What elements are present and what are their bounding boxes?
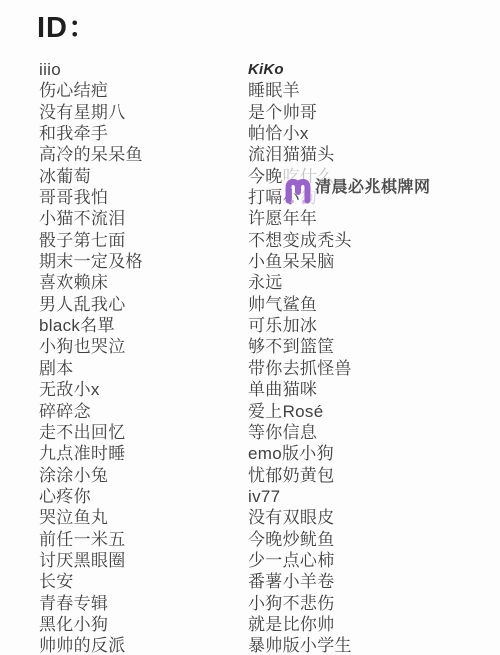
id-list-right-column: KiKo睡眠羊是个帅哥帕恰小x流泪猫猫头今晚吃什么打嗝小狗许愿年年不想变成秃头小… — [248, 59, 352, 655]
id-list-item: 心疼你 — [39, 486, 143, 507]
id-list-item: 是个帅哥 — [248, 102, 352, 123]
watermark: 清晨必兆棋牌网 — [284, 177, 431, 205]
id-list-item: emo版小狗 — [248, 443, 352, 464]
id-list-item: 期末一定及格 — [39, 251, 143, 272]
id-list-item: 帕恰小x — [248, 123, 352, 144]
id-list-item: KiKo — [248, 59, 352, 80]
id-list-item: 单曲猫咪 — [248, 379, 352, 400]
id-list-item: 冰葡萄 — [39, 166, 143, 187]
id-list-item: 小猫不流泪 — [39, 208, 143, 229]
id-list-item: 暴帅版小学生 — [248, 635, 352, 655]
id-list-item: 小狗也哭泣 — [39, 336, 143, 357]
id-text-segment: 今晚 — [248, 167, 283, 186]
id-list-item: 伤心结疤 — [39, 80, 143, 101]
id-list-item: 可乐加冰 — [248, 315, 352, 336]
id-list-item: 没有双眼皮 — [248, 507, 352, 528]
id-list-item: black名單 — [39, 315, 143, 336]
id-list-item: 碎碎念 — [39, 401, 143, 422]
id-list-item: 哭泣鱼丸 — [39, 507, 143, 528]
id-list-item: iv77 — [248, 486, 352, 507]
id-list-item: 讨厌黑眼圈 — [39, 550, 143, 571]
watermark-text: 清晨必兆棋牌网 — [315, 180, 431, 196]
id-list-item: 帅气鲨鱼 — [248, 294, 352, 315]
id-list-item: 永远 — [248, 272, 352, 293]
id-list-item: 小鱼呆呆脑 — [248, 251, 352, 272]
id-list-item: 等你信息 — [248, 422, 352, 443]
id-list-item: 涂涂小兔 — [39, 465, 143, 486]
id-list-item: 走不出回忆 — [39, 422, 143, 443]
id-list-item: 喜欢赖床 — [39, 272, 143, 293]
id-list-item: 许愿年年 — [248, 208, 352, 229]
id-list-item: 高冷的呆呆鱼 — [39, 144, 143, 165]
page-title: ID： — [37, 11, 98, 45]
id-list-item: 忧郁奶黄包 — [248, 465, 352, 486]
id-list-item: 少一点心柿 — [248, 550, 352, 571]
id-list-item: 带你去抓怪兽 — [248, 358, 352, 379]
id-list-item: 今晚炒鱿鱼 — [248, 529, 352, 550]
id-list-item: 剧本 — [39, 358, 143, 379]
id-list-item: 哥哥我怕 — [39, 187, 143, 208]
id-list-item: iiio — [39, 59, 143, 80]
id-list-item: 帅帅的反派 — [39, 635, 143, 655]
id-list-item: 够不到篮筐 — [248, 336, 352, 357]
id-list-item: 骰子第七面 — [39, 230, 143, 251]
id-list-item: 男人乱我心 — [39, 294, 143, 315]
id-list-item: 和我牵手 — [39, 123, 143, 144]
id-list-item: 就是比你帅 — [248, 614, 352, 635]
id-list-item: 无敌小x — [39, 379, 143, 400]
id-list-item: 睡眠羊 — [248, 80, 352, 101]
m-butterfly-icon — [284, 177, 312, 205]
id-list-item: 前任一米五 — [39, 529, 143, 550]
id-list-item: 没有星期八 — [39, 102, 143, 123]
id-list-item: 爱上Rosé — [248, 401, 352, 422]
id-list-item: 不想变成秃头 — [248, 230, 352, 251]
id-list-item: 番薯小羊卷 — [248, 571, 352, 592]
id-list-item: 流泪猫猫头 — [248, 144, 352, 165]
id-list-item: 小狗不悲伤 — [248, 593, 352, 614]
id-list-item: 黑化小狗 — [39, 614, 143, 635]
id-list-page: ID： iiio伤心结疤没有星期八和我牵手高冷的呆呆鱼冰葡萄哥哥我怕小猫不流泪骰… — [0, 0, 500, 655]
id-list-item: 九点准时睡 — [39, 443, 143, 464]
id-list-item: 长安 — [39, 571, 143, 592]
id-list-item: 青春专辑 — [39, 593, 143, 614]
id-list-left-column: iiio伤心结疤没有星期八和我牵手高冷的呆呆鱼冰葡萄哥哥我怕小猫不流泪骰子第七面… — [39, 59, 143, 655]
